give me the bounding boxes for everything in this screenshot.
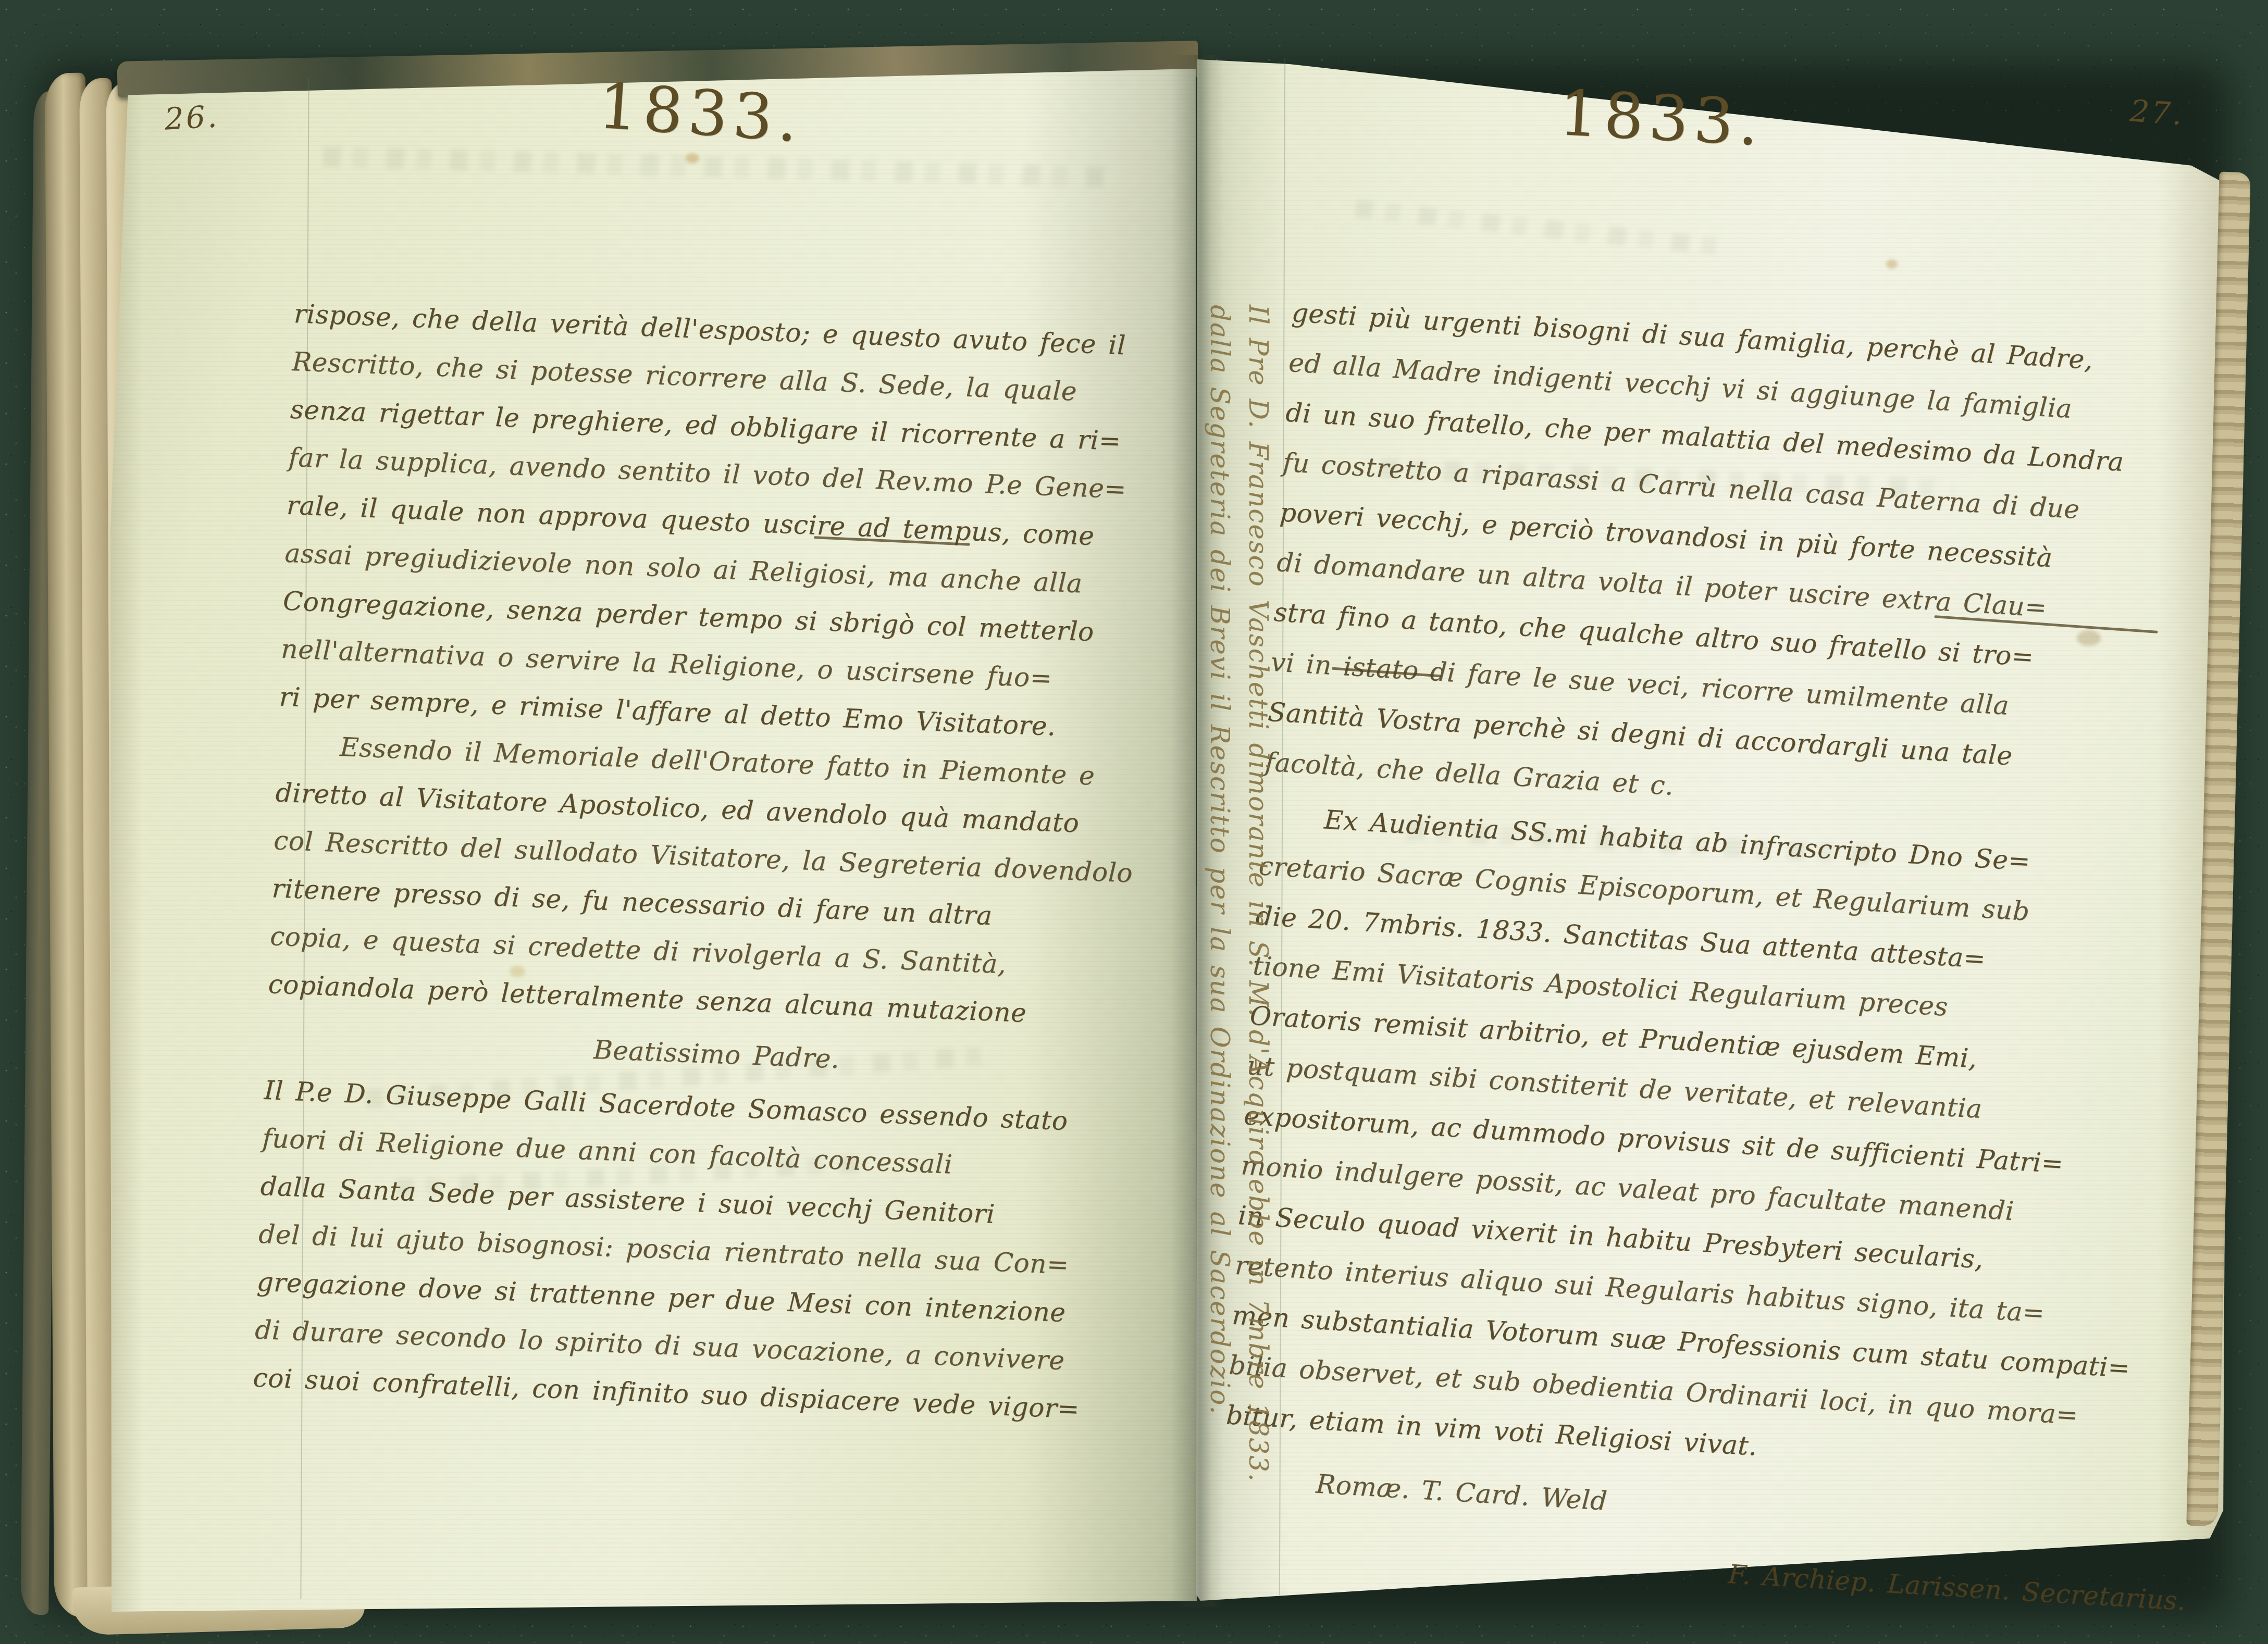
manuscript-line: dalla Segreteria dei Brevi il Rescritto … — [1200, 305, 1239, 1597]
manuscript-line: Il Pre D. Francesco Vaschetti dimorante … — [1239, 305, 1278, 1597]
left-year-heading: 1833. — [596, 70, 805, 156]
right-page-text-block: gesti più urgenti bisogni di sua famigli… — [1217, 288, 2177, 1621]
foxing-spot — [686, 153, 699, 164]
right-page-number: 27. — [2129, 93, 2186, 132]
left-page-text-block: rispose, che della verità dell'esposto; … — [252, 290, 1196, 1436]
photo-of-manuscript: { "scene": { "description": "Open handwr… — [0, 0, 2268, 1644]
left-page-number: 26. — [164, 98, 220, 136]
right-year-heading: 1833. — [1557, 77, 1766, 160]
foxing-spot — [1886, 259, 1898, 269]
gutter-margin-note: Il Pre D. Francesco Vaschetti dimorante … — [1200, 305, 1278, 1597]
